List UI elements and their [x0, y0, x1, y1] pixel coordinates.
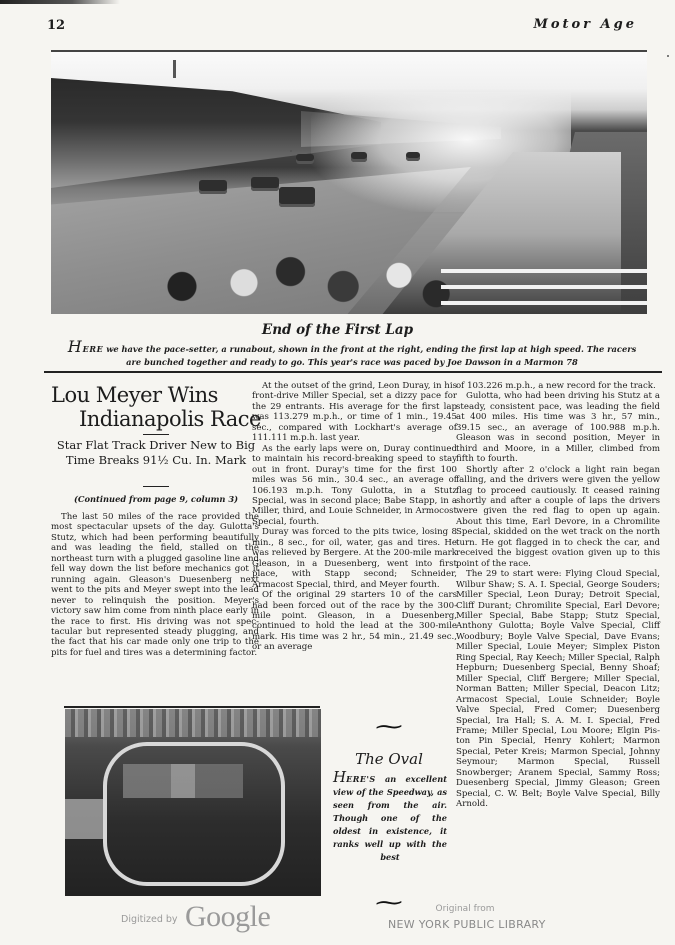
paragraph: Duray was forced to the pits twice, losi… — [252, 527, 457, 590]
oval-caption-title: The Oval — [325, 750, 453, 768]
oval-track — [103, 742, 285, 886]
scan-edge-shadow — [0, 0, 120, 4]
headline-line-2: Indianapolis Race — [51, 407, 261, 431]
race-start-photo — [51, 50, 647, 314]
paragraph: Shortly after 2 o'clock a light rain beg… — [456, 465, 660, 570]
caption-dropcap: H — [68, 337, 83, 356]
article-headline: Lou Meyer Wins Indianapolis Race — [51, 383, 261, 431]
photo-caption-body: HERE we have the pace-setter, a runabout… — [62, 340, 642, 369]
paragraph: At the outset of the grind, Leon Duray, … — [252, 381, 457, 444]
scan-speck — [667, 55, 669, 57]
article-column-1: The last 50 miles of the race provided t… — [51, 512, 259, 658]
article-column-3: of 103.226 m.p.h., a new record for the … — [456, 381, 660, 810]
scan-speck — [290, 150, 292, 152]
field-patch — [65, 799, 103, 839]
paragraph: The 29 to start were: Flying Cloud Speci… — [456, 569, 660, 809]
article-column-2: At the outset of the grind, Leon Duray, … — [252, 381, 457, 653]
paragraph: Of the original 29 starters 10 of the ca… — [252, 590, 457, 653]
google-logo: Google — [185, 900, 270, 934]
subhead-rule — [143, 486, 169, 487]
race-car — [296, 154, 314, 164]
photo-caption-title: End of the First Lap — [0, 322, 675, 338]
fence — [441, 257, 647, 314]
headline-rule — [143, 434, 169, 435]
race-car — [351, 152, 367, 162]
page-number: 12 — [47, 18, 65, 33]
oval-caption-box: ~ The Oval HERE'S an excel­lent view of … — [325, 718, 453, 914]
flagpole — [173, 60, 176, 78]
paragraph: of 103.226 m.p.h., a new record for the … — [456, 381, 660, 391]
magazine-title: Motor Age — [533, 17, 637, 32]
paragraph: As the early laps were on, Duray con­tin… — [252, 444, 457, 528]
digitized-by-label: Digitized by — [121, 914, 178, 925]
article-subhead: Star Flat Track Driver New to Big Time B… — [50, 438, 262, 467]
caption-divider — [44, 371, 662, 373]
caption-text: we have the pace-setter, a runabout, sho… — [103, 344, 636, 367]
oval-dropcap: H — [333, 768, 346, 786]
oval-smallcaps: ERE'S — [346, 774, 376, 784]
library-name: NEW YORK PUBLIC LIBRARY — [388, 918, 546, 931]
photo-top-rule — [64, 706, 320, 708]
caption-smallcaps: ERE — [83, 344, 104, 354]
paragraph: Gulotta, who had been driving his Stutz … — [456, 391, 660, 464]
race-car — [251, 177, 279, 191]
paragraph: The last 50 miles of the race provided t… — [51, 512, 259, 658]
spectators — [151, 242, 461, 314]
ornament-icon: ~ — [274, 718, 504, 738]
race-car — [406, 152, 420, 161]
headline-line-1: Lou Meyer Wins — [51, 383, 261, 407]
race-car — [279, 187, 315, 207]
oval-caption-text: an excel­lent view of the Speed­way, as … — [333, 774, 447, 862]
original-from-label: Original from — [400, 904, 530, 914]
oval-caption-body: HERE'S an excel­lent view of the Speed­w… — [325, 771, 453, 864]
race-car — [199, 180, 227, 194]
continued-note: (Continued from page 9, column 3) — [50, 494, 262, 504]
